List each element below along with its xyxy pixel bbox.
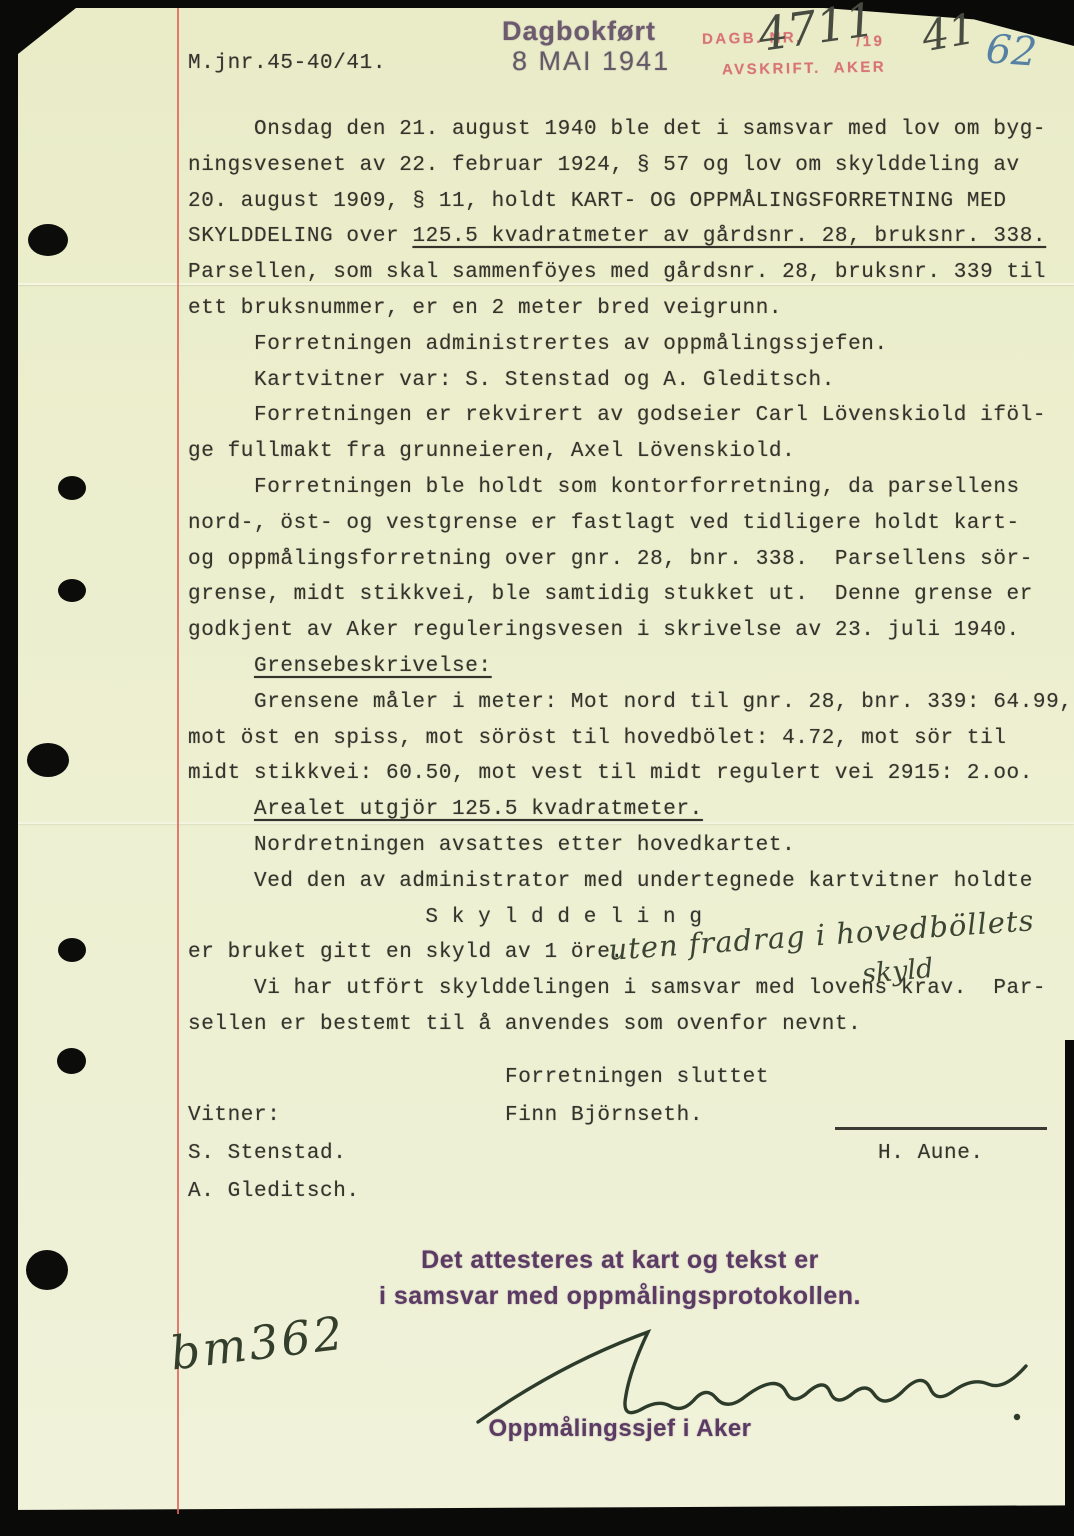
typewritten-line: grense, midt stikkvei, ble samtidig stuk… [188,577,1060,613]
typewritten-line: Arealet utgjör 125.5 kvadratmeter. [188,792,1060,828]
attestation-stamp-line2: i samsvar med oppmålingsprotokollen. [360,1282,880,1311]
typewritten-line: ningsvesenet av 22. februar 1924, § 57 o… [188,148,1060,184]
typewritten-line: Grensebeskrivelse: [188,649,1060,685]
finn-bjornseth-typed: Finn Björnseth. [505,1104,703,1127]
punch-hole [27,743,69,777]
page-number-pencil: 62 [984,26,1038,75]
signature-finn-bjornseth [470,1322,1030,1432]
scan-edge-bottom [0,1505,1074,1536]
vitner-label: Vitner: [188,1104,280,1127]
forretningen-sluttet-line: Forretningen sluttet [505,1066,769,1089]
scan-edge-right [1065,1040,1074,1536]
scanned-document-page: M.jnr.45-40/41. Dagbokført 8 MAI 1941 DA… [0,0,1074,1536]
margin-rule [177,8,179,1514]
punch-hole [58,579,86,602]
typewritten-line: Forretningen ble holdt som kontorforretn… [188,470,1060,506]
handwritten-skyld-note-line2: skyld [861,953,935,990]
punch-hole [26,1250,68,1290]
typewritten-line: Forretningen er rekvirert av godseier Ca… [188,398,1060,434]
typewritten-line: Ved den av administrator med undertegned… [188,864,1060,900]
typewritten-line: Parsellen, som skal sammenföyes med gård… [188,255,1060,291]
typewritten-line: og oppmålingsforretning over gnr. 28, bn… [188,542,1060,578]
typewritten-line: Grensene måler i meter: Mot nord til gnr… [188,685,1060,721]
typewritten-line: Nordretningen avsattes etter hovedkartet… [188,828,1060,864]
typewritten-line: Kartvitner var: S. Stenstad og A. Gledit… [188,363,1060,399]
typewritten-line: mot öst en spiss, mot söröst til hovedbö… [188,721,1060,757]
reference-number: M.jnr.45-40/41. [188,52,386,75]
witness-a-gleditsch: A. Gleditsch. [188,1180,360,1203]
punch-hole [58,938,86,962]
attestation-stamp-line1: Det attesteres at kart og tekst er [360,1246,880,1275]
witness-s-stenstad: S. Stenstad. [188,1142,346,1165]
typewritten-line: sellen er bestemt til å anvendes som ove… [188,1007,1060,1043]
typewritten-line: ge fullmakt fra grunneieren, Axel Lövens… [188,434,1060,470]
h-aune-typed: H. Aune. [878,1142,984,1165]
punch-hole [28,224,68,256]
typewritten-line: SKYLDDELING over 125.5 kvadratmeter av g… [188,219,1060,255]
typewritten-line: midt stikkvei: 60.50, mot vest til midt … [188,756,1060,792]
dagbokfort-stamp-line1: Dagbokført [502,16,656,47]
punch-hole [57,1048,86,1074]
document-body: Onsdag den 21. august 1940 ble det i sam… [188,112,1060,1043]
date-stamp: 8 MAI 1941 [512,46,670,77]
typewritten-line: ett bruksnummer, er en 2 meter bred veig… [188,291,1060,327]
typewritten-line: 20. august 1909, § 11, holdt KART- OG OP… [188,184,1060,220]
typewritten-line: Onsdag den 21. august 1940 ble det i sam… [188,112,1060,148]
signature-rule [835,1127,1047,1130]
punch-hole [58,476,86,500]
typewritten-line: godkjent av Aker reguleringsvesen i skri… [188,613,1060,649]
typewritten-line: Forretningen administrertes av oppmåling… [188,327,1060,363]
handwritten-journal-year: 41 [918,4,979,62]
typewritten-line: nord-, öst- og vestgrense er fastlagt ve… [188,506,1060,542]
journal-stamp-avskrift: AVSKRIFT. AKER [722,59,886,79]
